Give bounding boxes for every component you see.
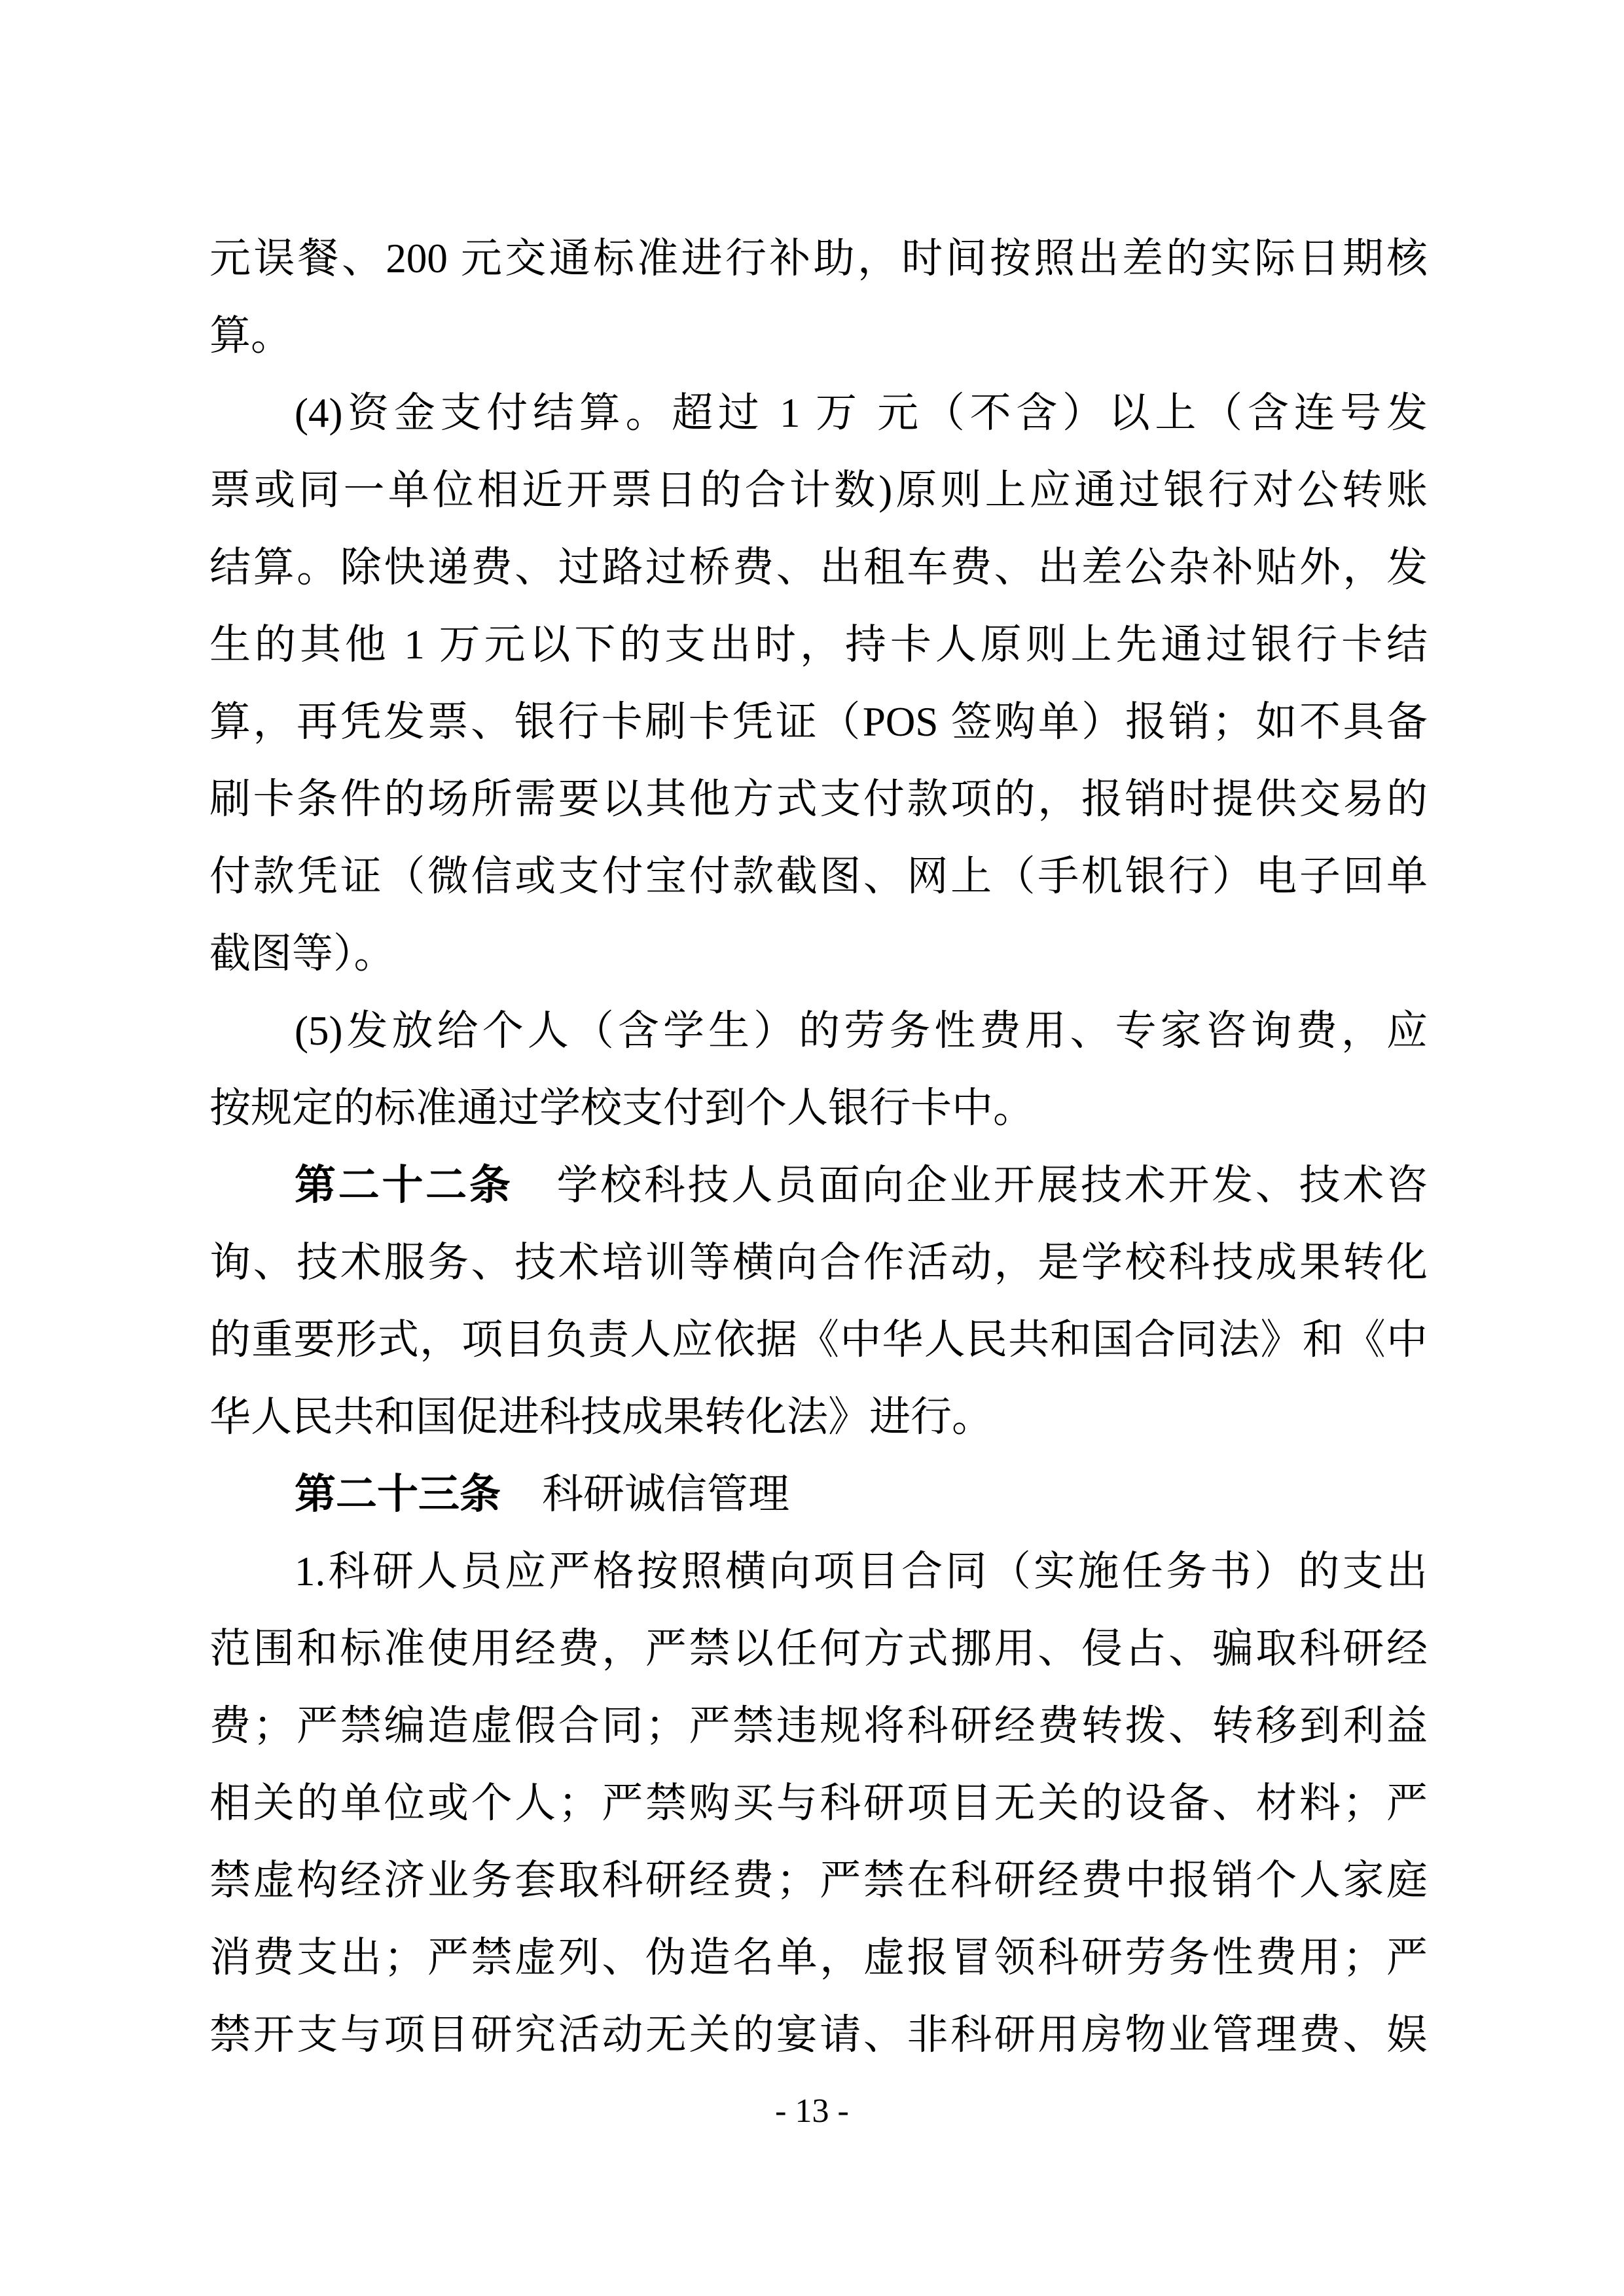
text-line-13-body: 学校科技人员面向企业开展技术开发、技术咨: [513, 1162, 1428, 1208]
text-line-12: 按规定的标准通过学校支付到个人银行卡中。: [209, 1069, 1428, 1147]
article-23-heading: 第二十三条: [295, 1471, 501, 1517]
text-line-11: (5)发放给个人（含学生）的劳务性费用、专家咨询费，应: [209, 992, 1428, 1069]
document-page: 元误餐、200 元交通标准进行补助，时间按照出差的实际日期核 算。 (4)资金支…: [0, 0, 1624, 2296]
text-line-3: (4)资金支付结算。超过 1 万 元（不含）以上（含连号发: [209, 374, 1428, 452]
text-line-10: 截图等）。: [209, 915, 1428, 992]
text-line-4: 票或同一单位相近开票日的合计数)原则上应通过银行对公转账: [209, 452, 1428, 529]
text-line-14: 询、技术服务、技术培训等横向合作活动，是学校科技成果转化: [209, 1224, 1428, 1301]
text-line-17-body: 科研诚信管理: [501, 1471, 789, 1517]
text-line-19: 范围和标准使用经费，严禁以任何方式挪用、侵占、骗取科研经: [209, 1610, 1428, 1687]
text-line-9: 付款凭证（微信或支付宝付款截图、网上（手机银行）电子回单: [209, 838, 1428, 915]
article-22-heading: 第二十二条: [295, 1162, 513, 1208]
text-line-6: 生的其他 1 万元以下的支出时，持卡人原则上先通过银行卡结: [209, 606, 1428, 683]
text-line-24: 禁开支与项目研究活动无关的宴请、非科研用房物业管理费、娱: [209, 1996, 1428, 2073]
text-line-5: 结算。除快递费、过路过桥费、出租车费、出差公杂补贴外，发: [209, 529, 1428, 606]
text-line-17: 第二十三条 科研诚信管理: [209, 1456, 1428, 1533]
text-line-13: 第二十二条 学校科技人员面向企业开展技术开发、技术咨: [209, 1147, 1428, 1224]
text-line-16: 华人民共和国促进科技成果转化法》进行。: [209, 1378, 1428, 1456]
text-line-8: 刷卡条件的场所需要以其他方式支付款项的，报销时提供交易的: [209, 761, 1428, 838]
text-line-22: 禁虚构经济业务套取科研经费；严禁在科研经费中报销个人家庭: [209, 1842, 1428, 1919]
text-line-23: 消费支出；严禁虚列、伪造名单，虚报冒领科研劳务性费用；严: [209, 1919, 1428, 1996]
text-line-7: 算，再凭发票、银行卡刷卡凭证（POS 签购单）报销；如不具备: [209, 683, 1428, 761]
text-line-21: 相关的单位或个人；严禁购买与科研项目无关的设备、材料；严: [209, 1765, 1428, 1842]
text-line-20: 费；严禁编造虚假合同；严禁违规将科研经费转拨、转移到利益: [209, 1687, 1428, 1765]
page-number: - 13 -: [0, 2085, 1624, 2138]
text-line-1: 元误餐、200 元交通标准进行补助，时间按照出差的实际日期核: [209, 220, 1428, 297]
text-line-18: 1.科研人员应严格按照横向项目合同（实施任务书）的支出: [209, 1533, 1428, 1610]
text-line-2: 算。: [209, 297, 1428, 374]
text-line-15: 的重要形式，项目负责人应依据《中华人民共和国合同法》和《中: [209, 1301, 1428, 1378]
text-block: 元误餐、200 元交通标准进行补助，时间按照出差的实际日期核 算。 (4)资金支…: [209, 220, 1428, 2073]
